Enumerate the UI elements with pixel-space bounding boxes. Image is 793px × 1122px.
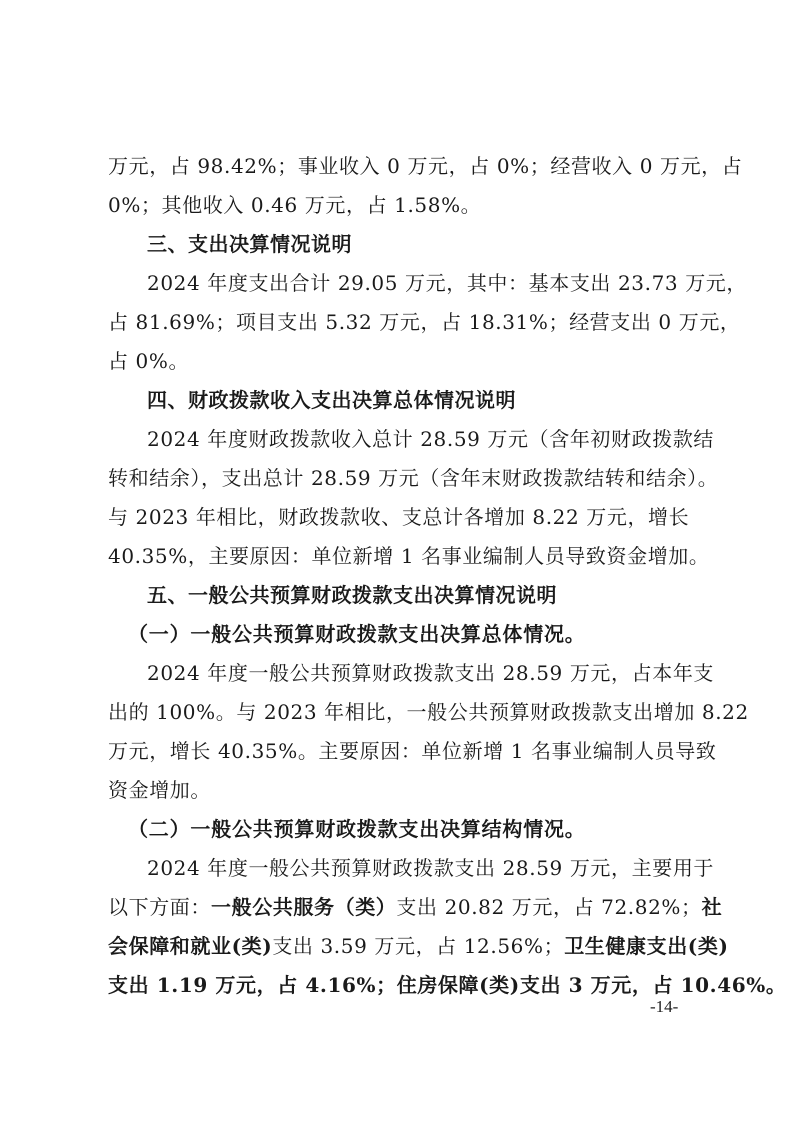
body-line: 0%；其他收入 0.46 万元，占 1.58%。 [108,192,688,218]
category-social-security-start: 社 [702,895,723,919]
body-line: 出的 100%。与 2023 年相比，一般公共预算财政拨款支出增加 8.22 [108,699,688,725]
body-line: 资金增加。 [108,777,688,803]
body-line: 占 0%。 [108,348,688,374]
body-text: 支出 3.59 万元，占 12.56%； [272,934,564,958]
category-general-public-services: 一般公共服务（类） [211,895,396,919]
category-social-security: 会保障和就业(类) [108,934,272,958]
body-line: 40.35%，主要原因：单位新增 1 名事业编制人员导致资金增加。 [108,543,688,569]
body-line: 万元，增长 40.35%。主要原因：单位新增 1 名事业编制人员导致 [108,738,688,764]
body-text: 支出 20.82 万元，占 72.82%； [396,895,701,919]
body-line: 万元，占 98.42%；事业收入 0 万元，占 0%；经营收入 0 万元，占 [108,153,688,179]
body-text: 以下方面： [108,895,211,919]
section-heading-general-budget: 五、一般公共预算财政拨款支出决算情况说明 [147,582,688,608]
subheading-overall: （一）一般公共预算财政拨款支出决算总体情况。 [128,621,708,647]
section-heading-fiscal-overview: 四、财政拨款收入支出决算总体情况说明 [147,387,688,413]
body-line: 2024 年度一般公共预算财政拨款支出 28.59 万元，占本年支 [147,660,688,686]
section-heading-expenditure: 三、支出决算情况说明 [147,231,688,257]
body-line-mixed: 会保障和就业(类)支出 3.59 万元，占 12.56%；卫生健康支出(类) [108,933,688,959]
document-page: 万元，占 98.42%；事业收入 0 万元，占 0%；经营收入 0 万元，占 0… [0,0,793,1122]
category-health: 卫生健康支出(类) [564,934,728,958]
page-number: -14- [650,996,678,1018]
body-line: 转和结余），支出总计 28.59 万元（含年末财政拨款结转和结余）。 [108,465,688,491]
body-line: 2024 年度支出合计 29.05 万元，其中：基本支出 23.73 万元， [147,270,688,296]
subheading-structure: （二）一般公共预算财政拨款支出决算结构情况。 [128,816,708,842]
body-line: 2024 年度一般公共预算财政拨款支出 28.59 万元，主要用于 [147,855,688,881]
body-line: 占 81.69%；项目支出 5.32 万元，占 18.31%；经营支出 0 万元… [108,309,688,335]
body-line-bold: 支出 1.19 万元，占 4.16%；住房保障(类)支出 3 万元，占 10.4… [108,972,688,998]
body-line-mixed: 以下方面：一般公共服务（类）支出 20.82 万元，占 72.82%；社 [108,894,688,920]
body-line: 与 2023 年相比，财政拨款收、支总计各增加 8.22 万元，增长 [108,504,688,530]
body-line: 2024 年度财政拨款收入总计 28.59 万元（含年初财政拨款结 [147,426,688,452]
